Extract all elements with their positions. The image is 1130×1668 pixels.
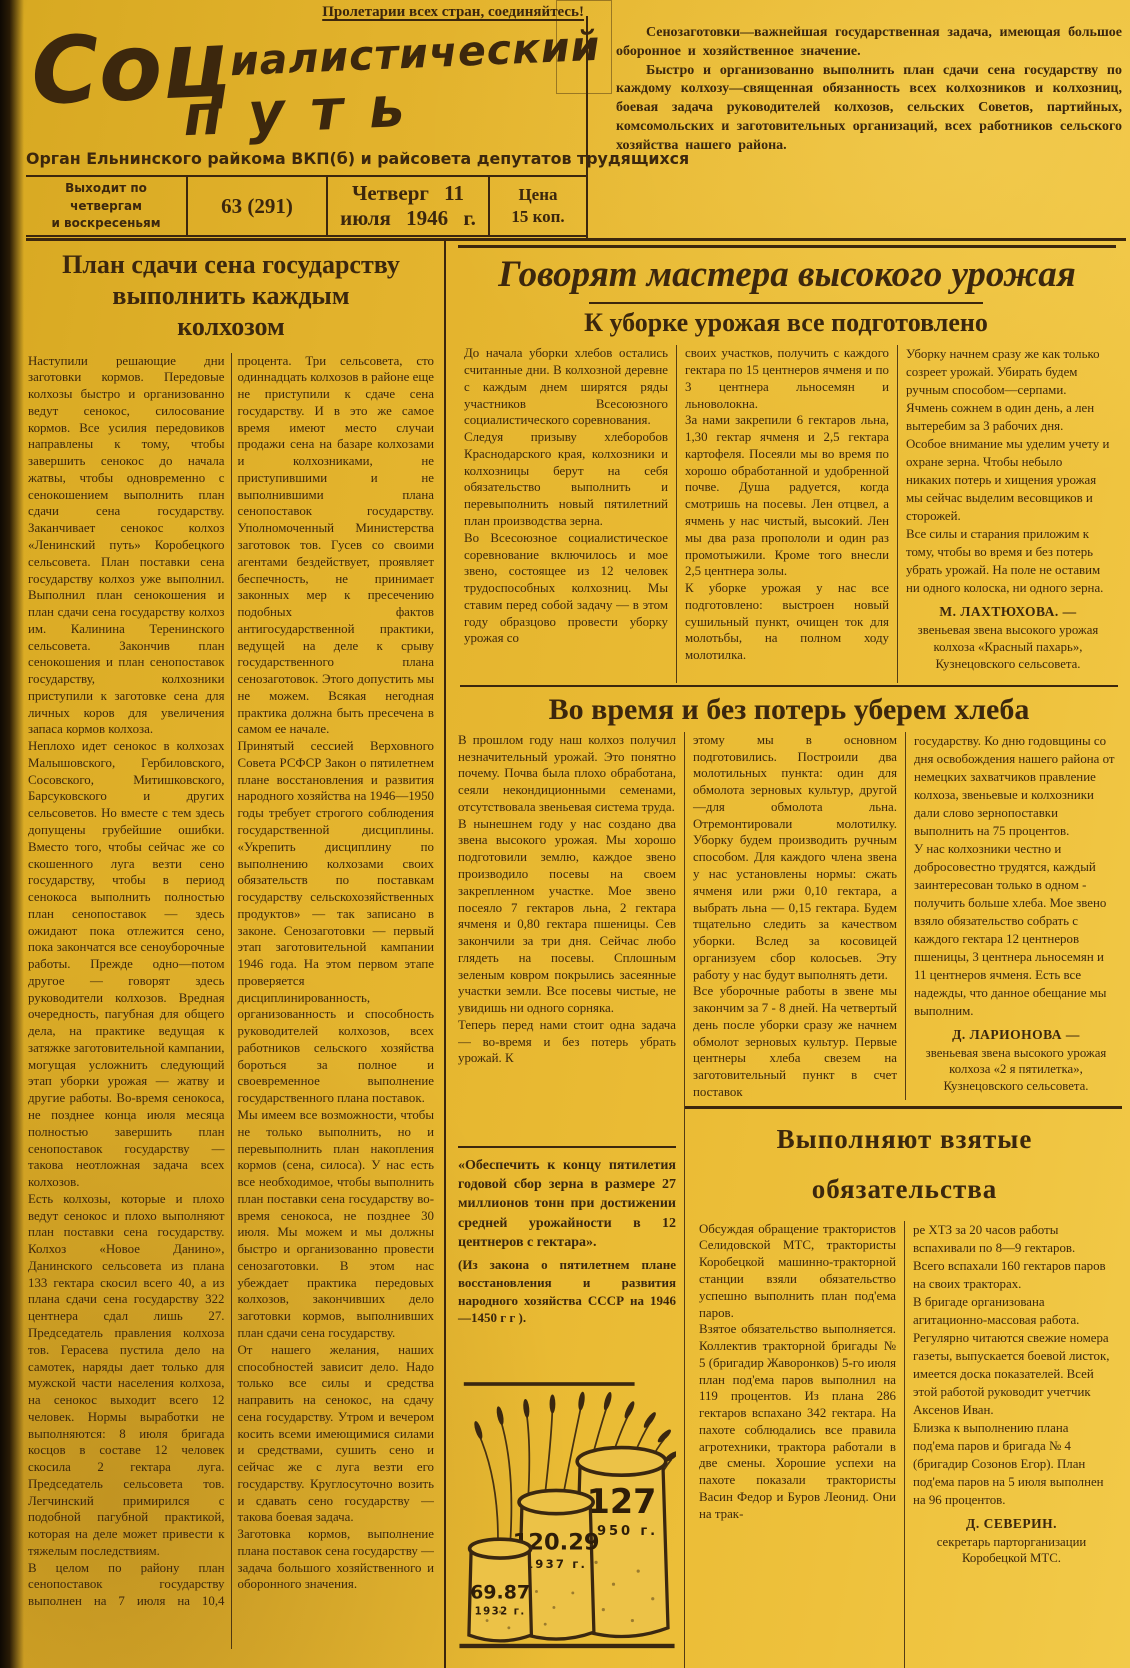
logo-rest: иалистический bbox=[229, 29, 601, 79]
page-body: План сдачи сена государству выполнить ка… bbox=[26, 238, 1126, 1668]
masters-column-3: Уборку начнем сразу же как только созрее… bbox=[897, 345, 1118, 683]
obligations-column-2-text: ре ХТЗ за 20 часов работы вспахивали по … bbox=[913, 1223, 1109, 1507]
sack-1932: 69.87 1932 г. bbox=[469, 1539, 531, 1641]
sack-1937-year: 1937 г. bbox=[525, 1557, 587, 1571]
obligations-byline-role: секретарь парторганизации Коробецкой МТС… bbox=[913, 1534, 1110, 1567]
quote-source: (Из закона о пятилетнем плане восстановл… bbox=[458, 1256, 676, 1326]
illustration-top-rule bbox=[464, 1382, 635, 1386]
harvest-column-1: В прошлом году наш колхоз получил незнач… bbox=[456, 732, 684, 1668]
stamp-box bbox=[556, 0, 612, 94]
illustration-wrap: 127 1950 г. bbox=[458, 1335, 676, 1668]
masters-banner: Говорят мастера высокого урожая bbox=[458, 245, 1116, 295]
newspaper-page: Пролетарии всех стран, соединяйтесь! Соц… bbox=[0, 0, 1130, 1668]
harvest-column-2: этому мы в основном подготовились. Постр… bbox=[685, 732, 905, 1100]
harvest-byline-name: Д. ЛАРИОНОВА — bbox=[914, 1027, 1118, 1043]
obligations-column-1: Обсуждая обращение трактористов Селидовс… bbox=[691, 1221, 904, 1668]
obligations-title: Выполняют взятые обязательства bbox=[691, 1115, 1118, 1215]
sack-1950-value: 127 bbox=[587, 1482, 657, 1521]
editorial-lead-box: Сенозаготовки—важнейшая государственная … bbox=[586, 16, 1126, 238]
sack-1932-year: 1932 г. bbox=[475, 1606, 526, 1617]
issue-date: Четверг 11 июля 1946 г. bbox=[326, 177, 488, 235]
masters-byline-role: звеньевая звена высокого урожая колхоза … bbox=[906, 622, 1110, 672]
issue-info-bar: Выходит по четвергам и воскресеньям 63 (… bbox=[26, 175, 586, 237]
masters-section: Говорят мастера высокого урожая К уборке… bbox=[446, 241, 1126, 683]
obligations-byline-name: Д. СЕВЕРИН. bbox=[913, 1516, 1110, 1532]
publication-schedule: Выходит по четвергам и воскресеньям bbox=[26, 177, 186, 235]
lead-article: План сдачи сена государству выполнить ка… bbox=[26, 241, 446, 1668]
masters-column-1: До начала уборки хлебов остались считанн… bbox=[456, 345, 676, 683]
editorial-paragraph-2: Быстро и организованно выполнить план сд… bbox=[616, 62, 1122, 156]
harvest-column-1-text: В прошлом году наш колхоз получил незнач… bbox=[458, 732, 676, 1140]
five-year-plan-quote: «Обеспечить к концу пятилетия годовой сб… bbox=[458, 1146, 676, 1253]
masters-column-3-text: Уборку начнем сразу же как только созрее… bbox=[906, 347, 1109, 595]
sack-1932-value: 69.87 bbox=[470, 1581, 530, 1603]
lead-article-title: План сдачи сена государству выполнить ка… bbox=[32, 249, 430, 343]
logo-line-2: путь bbox=[182, 75, 588, 142]
harvest-columns: этому мы в основном подготовились. Постр… bbox=[685, 732, 1126, 1100]
banner-rule bbox=[589, 302, 983, 305]
lead-article-body: Наступили решающие дни заготовки кормов.… bbox=[28, 353, 434, 1649]
masters-columns: До начала уборки хлебов остались считанн… bbox=[446, 345, 1126, 683]
masthead-left: Пролетарии всех стран, соединяйтесь! Соц… bbox=[26, 0, 586, 238]
harvest-title: Во время и без потерь уберем хлеба bbox=[460, 685, 1118, 726]
masthead-subtitle: Орган Ельнинского райкома ВКП(б) и райсо… bbox=[26, 149, 580, 168]
illustration-base-rule bbox=[459, 1643, 674, 1647]
masters-byline-name: М. ЛАХТЮХОВА. — bbox=[906, 604, 1110, 620]
harvest-column-3: государству. Ко дню годовщины со дня осв… bbox=[905, 732, 1126, 1100]
masters-subhead: К уборке урожая все подготовлено bbox=[446, 308, 1126, 338]
grain-sacks-illustration: 127 1950 г. bbox=[458, 1335, 676, 1668]
issue-number: 63 (291) bbox=[186, 177, 326, 235]
harvest-column-3-text: государству. Ко дню годовщины со дня осв… bbox=[914, 734, 1115, 1018]
obligations-column-2: ре ХТЗ за 20 часов работы вспахивали по … bbox=[904, 1221, 1118, 1668]
harvest-right: этому мы в основном подготовились. Постр… bbox=[684, 732, 1126, 1668]
newspaper-logo: Соц иалистический путь bbox=[30, 13, 588, 148]
page-content: Пролетарии всех стран, соединяйтесь! Соц… bbox=[26, 0, 1126, 1668]
obligations-columns: Обсуждая обращение трактористов Селидовс… bbox=[691, 1221, 1118, 1668]
masthead: Пролетарии всех стран, соединяйтесь! Соц… bbox=[26, 0, 1126, 238]
obligations-section: Выполняют взятые обязательства Обсуждая … bbox=[685, 1106, 1122, 1668]
schedule-line-1: Выходит по четвергам bbox=[32, 180, 180, 215]
masters-column-2: своих участков, получить с каждого гекта… bbox=[676, 345, 897, 683]
harvest-byline-role: звеньевая звена высокого урожая колхоза … bbox=[914, 1045, 1118, 1095]
schedule-line-2: и воскресеньям bbox=[32, 215, 180, 232]
editorial-paragraph-1: Сенозаготовки—важнейшая государственная … bbox=[616, 24, 1122, 62]
harvest-section: Во время и без потерь уберем хлеба В про… bbox=[446, 683, 1126, 1668]
right-region: Говорят мастера высокого урожая К уборке… bbox=[446, 241, 1126, 1668]
price-value: 15 коп. bbox=[496, 206, 580, 228]
harvest-body: В прошлом году наш колхоз получил незнач… bbox=[456, 732, 1126, 1668]
price-label: Цена bbox=[496, 184, 580, 206]
book-spine-shadow bbox=[0, 0, 24, 1668]
price: Цена 15 коп. bbox=[488, 177, 586, 235]
